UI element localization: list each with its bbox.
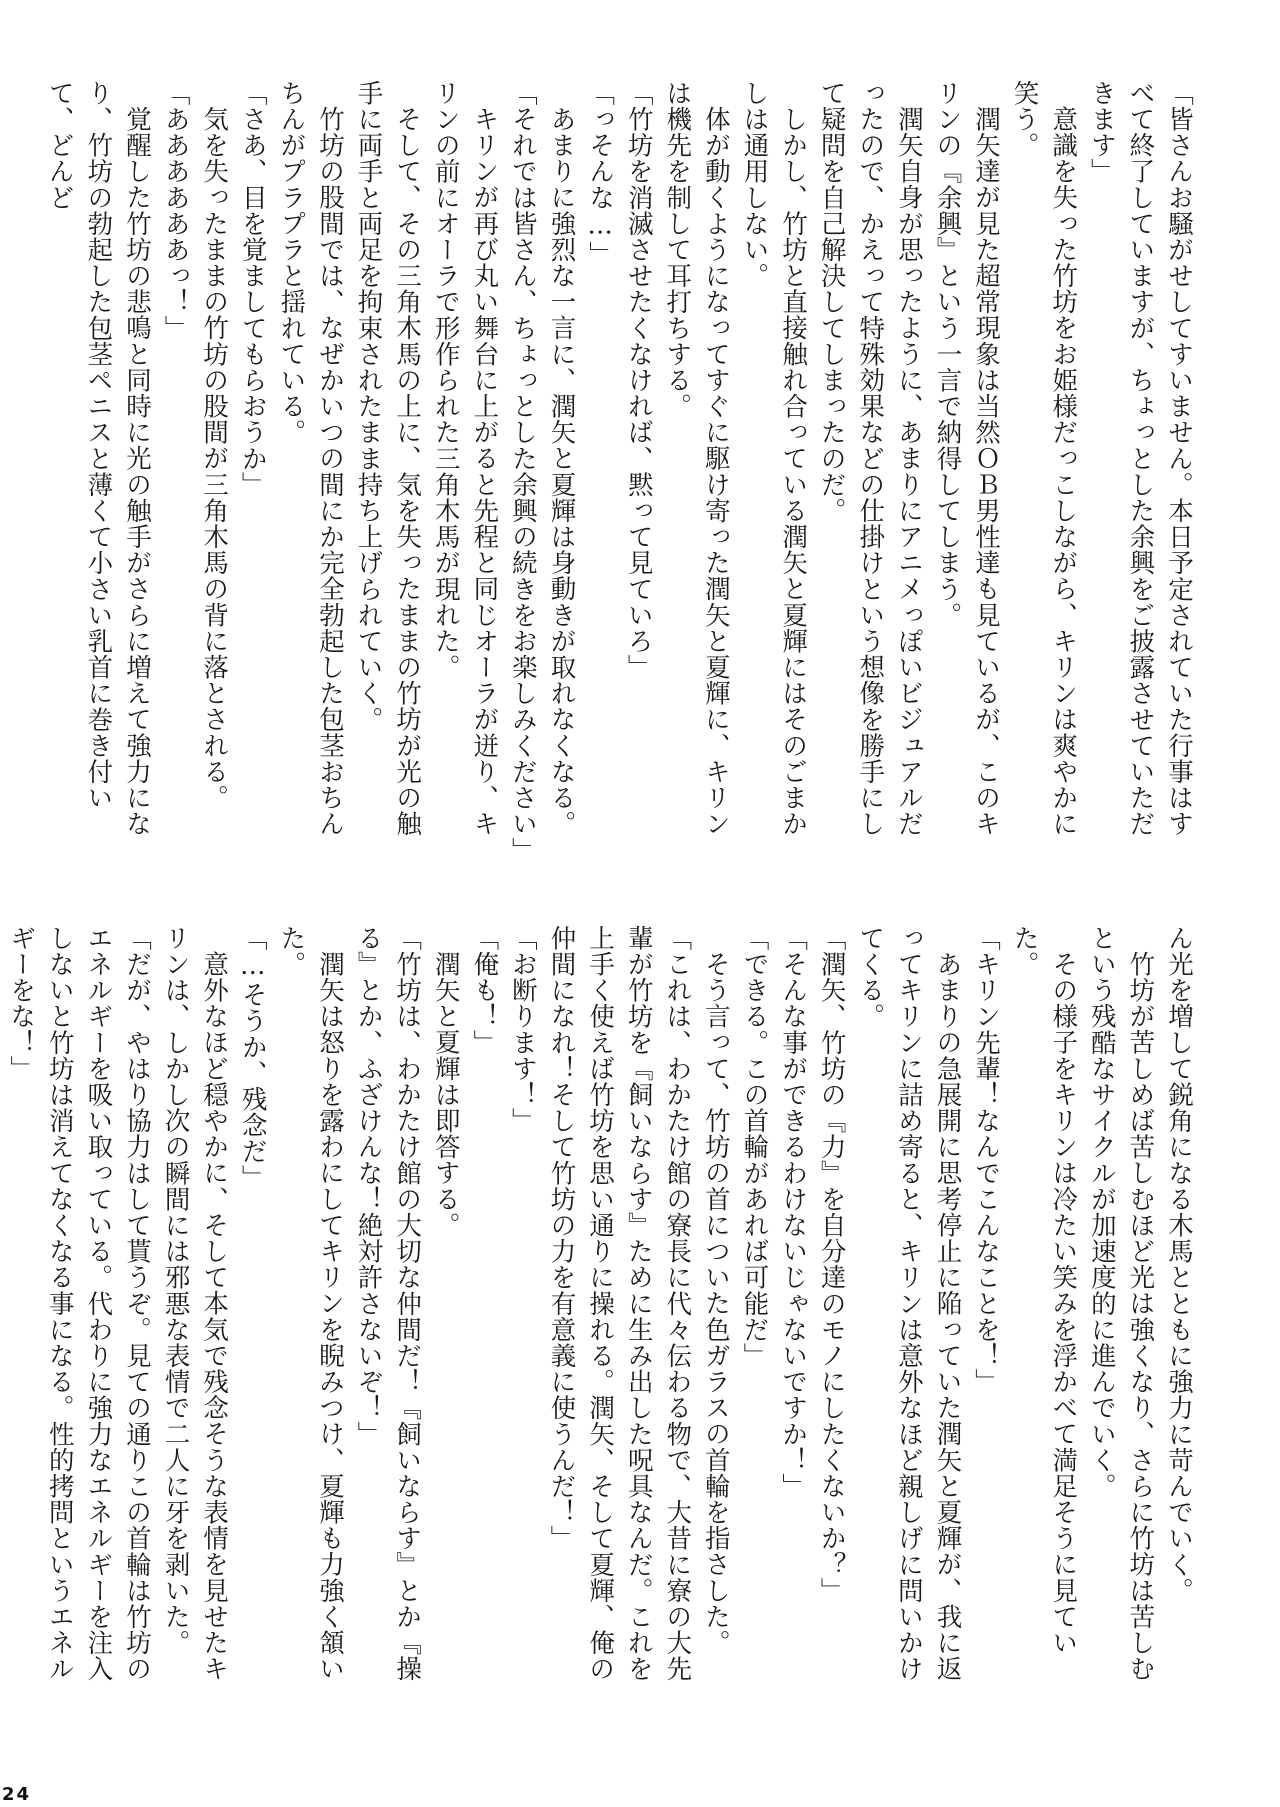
paragraph: その様子をキリンは冷たい笑みを浮かべて満足そうに見ていた。 xyxy=(1005,925,1082,1705)
paragraph: 竹坊の股間では、なぜかいつの間にか完全勃起した包茎おちんちんがプラプラと揺れてい… xyxy=(272,80,349,860)
paragraph: ん光を増して鋭角になる木馬とともに強力に苛んでいく。 xyxy=(1159,925,1198,1705)
dialogue-line: 「ああああああっ！」 xyxy=(156,80,195,860)
dialogue-line: 「竹坊は、わかたけ館の大切な仲間だ！『飼いならす』とか『操る』とか、ふざけんな！… xyxy=(349,925,426,1705)
paragraph: キリンが再び丸い舞台に上がると先程と同じオーラが迸り、キリンの前にオーラで形作ら… xyxy=(426,80,503,860)
dialogue-line: 「竹坊を消滅させたくなければ、黙って見ていろ」 xyxy=(619,80,658,860)
dialogue-line: 「そんな事ができるわけないじゃないですか！」 xyxy=(773,925,812,1705)
dialogue-line: 「できる。この首輪があれば可能だ」 xyxy=(735,925,774,1705)
dialogue-line: 「潤矢、竹坊の『力』を自分達のモノにしたくないか？」 xyxy=(812,925,851,1705)
dialogue-line: 「だが、やはり協力はして貰うぞ。見ての通りこの首輪は竹坊のエネルギーを吸い取って… xyxy=(2,925,156,1705)
paragraph: あまりに強烈な一言に、潤矢と夏輝は身動きが取れなくなる。 xyxy=(542,80,581,860)
paragraph: あまりの急展開に思考停止に陥っていた潤矢と夏輝が、我に返ってキリンに詰め寄ると、… xyxy=(851,925,967,1705)
paragraph: そして、その三角木馬の上に、気を失ったままの竹坊が光の触手に両手と両足を拘束され… xyxy=(349,80,426,860)
dialogue-line: 「…そうか、残念だ」 xyxy=(233,925,272,1705)
dialogue-line: 「キリン先輩！なんでこんなことを！」 xyxy=(966,925,1005,1705)
dialogue-line: 「っそんな…」 xyxy=(581,80,620,860)
paragraph: 潤矢自身が思ったように、あまりにアニメっぽいビジュアルだったので、かえって特殊効… xyxy=(812,80,928,860)
dialogue-line: 「さあ、目を覚ましてもらおうか」 xyxy=(233,80,272,860)
dialogue-line: 「それでは皆さん、ちょっとした余興の続きをお楽しみください」 xyxy=(503,80,542,860)
paragraph: 覚醒した竹坊の悲鳴と同時に光の触手がさらに増えて強力になり、竹坊の勃起した包茎ペ… xyxy=(40,80,156,860)
paragraph: そう言って、竹坊の首についた色ガラスの首輪を指さした。 xyxy=(696,925,735,1705)
paragraph: 気を失ったままの竹坊の股間が三角木馬の背に落とされる。 xyxy=(195,80,234,860)
text-band-bottom: ん光を増して鋭角になる木馬とともに強力に苛んでいく。 竹坊が苦しめば苦しむほど光… xyxy=(148,925,1198,1705)
dialogue-line: 「俺も！」 xyxy=(465,925,504,1705)
text-band-top: 「皆さんお騒がせしてすいません。本日予定されていた行事はすべて終了していますが、… xyxy=(148,80,1198,860)
paragraph: 意識を失った竹坊をお姫様だっこしながら、キリンは爽やかに笑う。 xyxy=(1005,80,1082,860)
page-number: 24 xyxy=(2,1784,31,1805)
paragraph: 竹坊が苦しめば苦しむほど光は強くなり、さらに竹坊は苦しむという残酷なサイクルが加… xyxy=(1082,925,1159,1705)
paragraph: 意外なほど穏やかに、そして本気で残念そうな表情を見せたキリンは、しかし次の瞬間に… xyxy=(156,925,233,1705)
paragraph: 「皆さんお騒がせしてすいません。本日予定されていた行事はすべて終了していますが、… xyxy=(1082,80,1198,860)
dialogue-line: 「これは、わかたけ館の寮長に代々伝わる物で、大昔に寮の大先輩が竹坊を『飼いならす… xyxy=(542,925,696,1705)
paragraph: 潤矢は怒りを露わにしてキリンを睨みつけ、夏輝も力強く頷いた。 xyxy=(272,925,349,1705)
paragraph: 潤矢と夏輝は即答する。 xyxy=(426,925,465,1705)
dialogue-line: 「お断ります！」 xyxy=(503,925,542,1705)
paragraph: 体が動くようになってすぐに駆け寄った潤矢と夏輝に、キリンは機先を制して耳打ちする… xyxy=(658,80,735,860)
paragraph: 潤矢達が見た超常現象は当然ＯＢ男性達も見ているが、このキリンの『余興』という一言… xyxy=(928,80,1005,860)
paragraph: しかし、竹坊と直接触れ合っている潤矢と夏輝にはそのごまかしは通用しない。 xyxy=(735,80,812,860)
